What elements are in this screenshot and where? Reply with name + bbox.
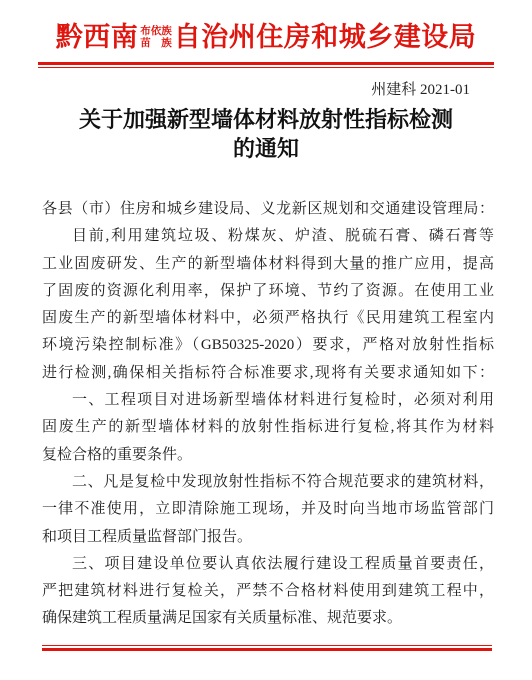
footer-divider-thin-line <box>42 645 492 646</box>
org-name-prefix: 黔西南 <box>56 15 139 59</box>
doc-number: 州建科 2021-01 <box>0 81 532 99</box>
body-line-item-3: 三、项目建设单位要认真依法履行建设工程质量首要责任， <box>42 551 494 578</box>
letterhead: 黔西南 布依族 苗 族 自治州住房和城乡建设局 <box>0 0 532 59</box>
body-line: 进行检测,确保相关指标符合标准要求,现将有关要求通知如下： <box>42 360 494 387</box>
footer-divider-thick-line <box>42 648 492 651</box>
body-line: 和项目工程质量监督部门报告。 <box>42 524 494 551</box>
footer-divider <box>42 645 492 651</box>
notice-title: 关于加强新型墙体材料放射性指标检测 的通知 <box>0 105 532 163</box>
body-line-salutation: 各县（市）住房和城乡建设局、义龙新区规划和交通建设管理局： <box>42 196 494 223</box>
header-divider-thin-line <box>38 67 494 68</box>
body-line: 复检合格的重要条件。 <box>42 442 494 469</box>
body-line: 固废生产的新型墙体材料的放射性指标进行复检,将其作为材料 <box>42 414 494 441</box>
ethnic-name-top: 布依族 <box>140 26 172 39</box>
body-line: 严把建筑材料进行复检关，严禁不合格材料使用到建筑工程中， <box>42 578 494 605</box>
body-line-item-1: 一、工程项目对进场新型墙体材料进行复检时，必须对利用 <box>42 387 494 414</box>
body-line: 一律不准使用，立即清除施工现场，并及时向当地市场监管部门 <box>42 496 494 523</box>
document-page: 黔西南 布依族 苗 族 自治州住房和城乡建设局 州建科 2021-01 关于加强… <box>0 0 532 680</box>
notice-title-line-1: 关于加强新型墙体材料放射性指标检测 <box>0 105 532 134</box>
body-line: 了固废的资源化利用率，保护了环境、节约了资源。在使用工业 <box>42 278 494 305</box>
body-line: 确保建筑工程质量满足国家有关质量标准、规范要求。 <box>42 605 494 632</box>
body-line: 目前,利用建筑垃圾、粉煤灰、炉渣、脱硫石膏、磷石膏等 <box>42 223 494 250</box>
header-divider <box>38 62 494 68</box>
header-divider-thick-line <box>38 62 494 65</box>
ethnic-names-stack: 布依族 苗 族 <box>140 26 172 51</box>
body-line: 环境污染控制标准》（GB50325-2020）要求，严格对放射性指标 <box>42 332 494 359</box>
body-line: 工业固废研发、生产的新型墙体材料得到大量的推广应用，提高 <box>42 251 494 278</box>
body-line: 固废生产的新型墙体材料中，必须严格执行《民用建筑工程室内 <box>42 305 494 332</box>
body-text: 各县（市）住房和城乡建设局、义龙新区规划和交通建设管理局： 目前,利用建筑垃圾、… <box>42 196 494 633</box>
org-name-suffix: 自治州住房和城乡建设局 <box>174 15 477 59</box>
notice-title-line-2: 的通知 <box>0 134 532 163</box>
body-line-item-2: 二、凡是复检中发现放射性指标不符合规范要求的建筑材料， <box>42 469 494 496</box>
ethnic-name-bottom: 苗 族 <box>140 38 172 51</box>
